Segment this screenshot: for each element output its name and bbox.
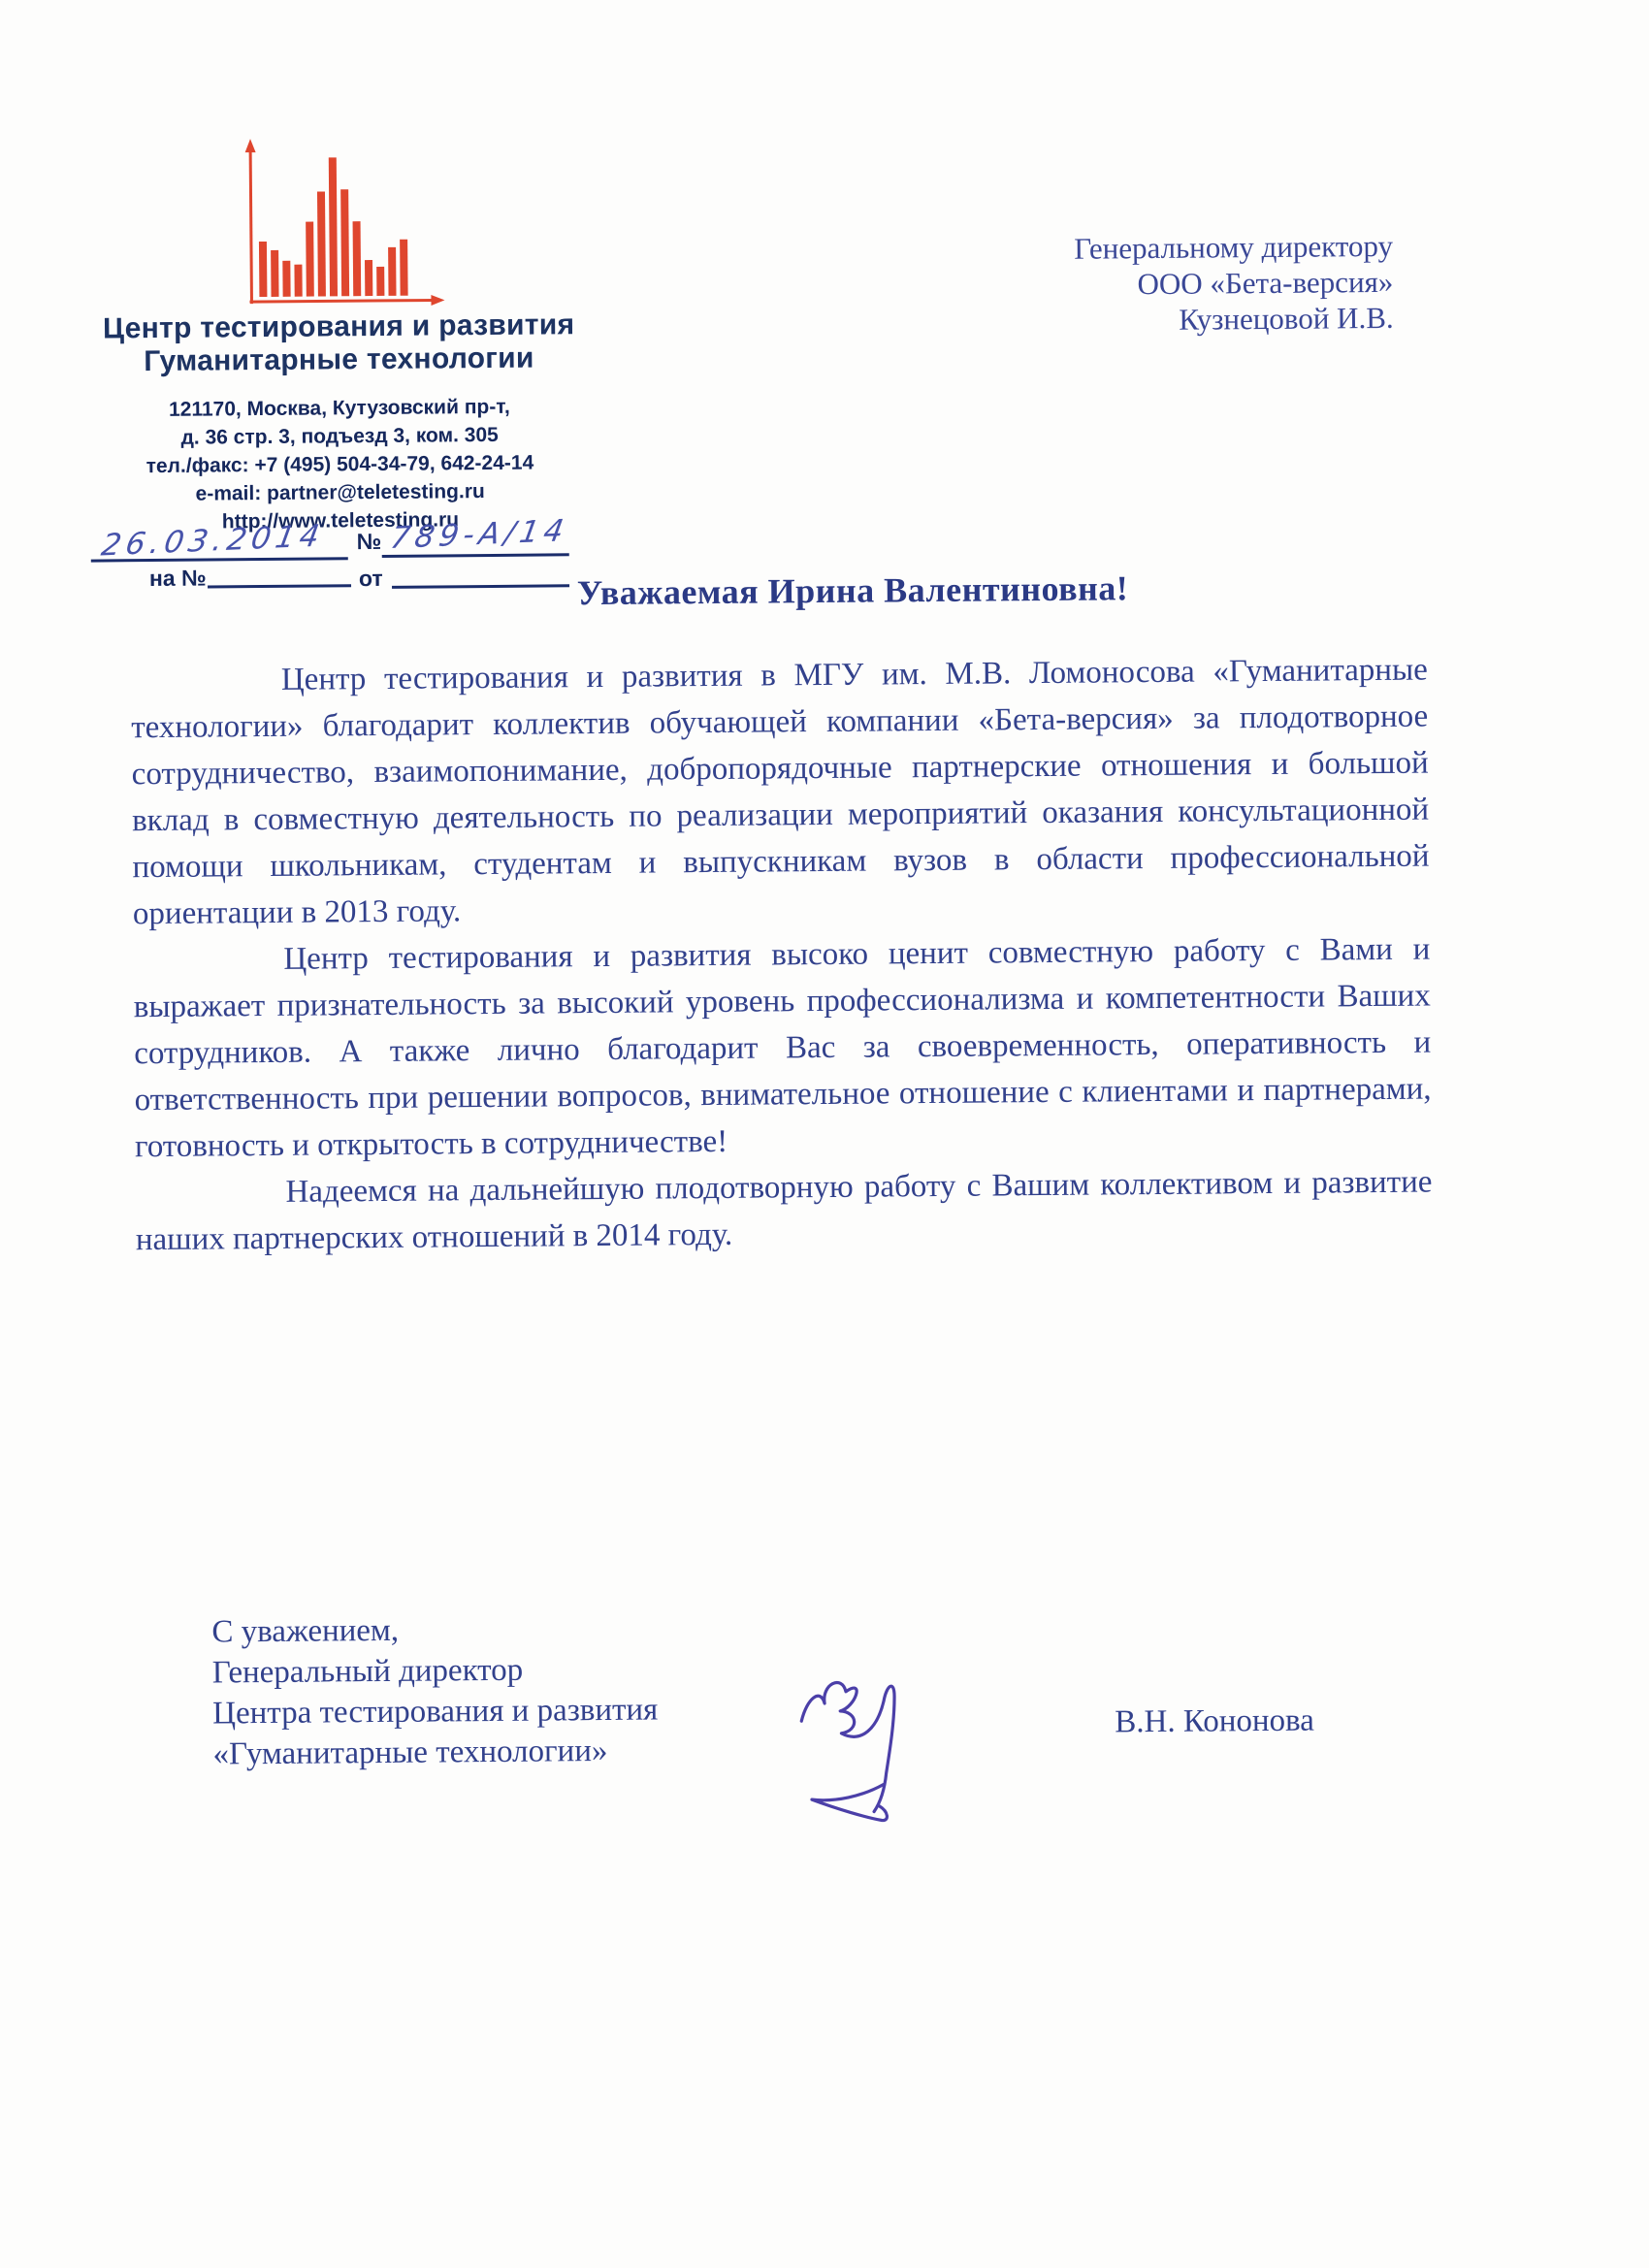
recipient-position: Генеральному директору — [889, 228, 1393, 269]
ruled-line — [208, 584, 351, 588]
bar-chart-logo-icon — [236, 135, 451, 309]
reply-date-label: от — [359, 566, 383, 592]
ruled-line — [382, 553, 569, 558]
signer-name: В.Н. Кононова — [1115, 1703, 1314, 1741]
closing-line: Генеральный директор — [212, 1649, 658, 1694]
closing-block: С уважением, Генеральный директор Центра… — [211, 1608, 659, 1775]
org-name-line-2: Гуманитарные технологии — [75, 341, 603, 379]
logo-bar — [317, 191, 326, 296]
logo-bar — [294, 265, 302, 297]
handwritten-outgoing-number: 789-А/14 — [388, 513, 571, 556]
handwritten-signature — [792, 1669, 958, 1840]
salutation: Уважаемая Ирина Валентиновна! — [421, 567, 1284, 615]
logo-bar — [259, 242, 267, 297]
closing-line: «Гуманитарные технологии» — [212, 1731, 658, 1775]
recipient-company: ООО «Бета-версия» — [889, 264, 1393, 305]
logo-bar — [282, 261, 290, 297]
scanned-letter-page: Центр тестирования и развития Гуманитарн… — [0, 0, 1649, 2268]
address-line: д. 36 стр. 3, подъезд 3, ком. 305 — [76, 420, 604, 453]
closing-line: С уважением, — [211, 1608, 657, 1653]
org-name: Центр тестирования и развития Гуманитарн… — [75, 308, 604, 379]
body-paragraph: Центр тестирования и развития в МГУ им. … — [131, 647, 1430, 938]
address-line: 121170, Москва, Кутузовский пр-т, — [75, 392, 603, 425]
body-paragraph: Надеемся на дальнейшую плодотворную рабо… — [135, 1159, 1433, 1264]
logo-bar — [353, 221, 362, 296]
closing-line: Центра тестирования и развития — [212, 1690, 658, 1734]
letter-content: Центр тестирования и развития Гуманитарн… — [0, 0, 1649, 2268]
logo-bar — [388, 247, 396, 296]
logo-bar — [376, 267, 384, 296]
letter-body: Центр тестирования и развития в МГУ им. … — [131, 647, 1433, 1264]
logo-bar — [365, 260, 372, 296]
org-name-line-1: Центр тестирования и развития — [75, 308, 603, 346]
email-line: e-mail: partner@teletesting.ru — [76, 476, 604, 509]
reply-number-label: на № — [149, 566, 207, 593]
logo-bar — [329, 157, 338, 296]
address-line: тел./факс: +7 (495) 504-34-79, 642-24-14 — [76, 448, 604, 481]
logo-bar — [306, 222, 314, 297]
logo-bar — [271, 250, 278, 297]
recipient-block: Генеральному директору ООО «Бета-версия»… — [889, 228, 1394, 340]
body-paragraph: Центр тестирования и развития высоко цен… — [133, 926, 1432, 1171]
logo-bar — [400, 240, 408, 296]
number-sign-label: № — [357, 529, 382, 555]
logo-bar — [340, 189, 349, 296]
recipient-person: Кузнецовой И.В. — [889, 300, 1394, 340]
